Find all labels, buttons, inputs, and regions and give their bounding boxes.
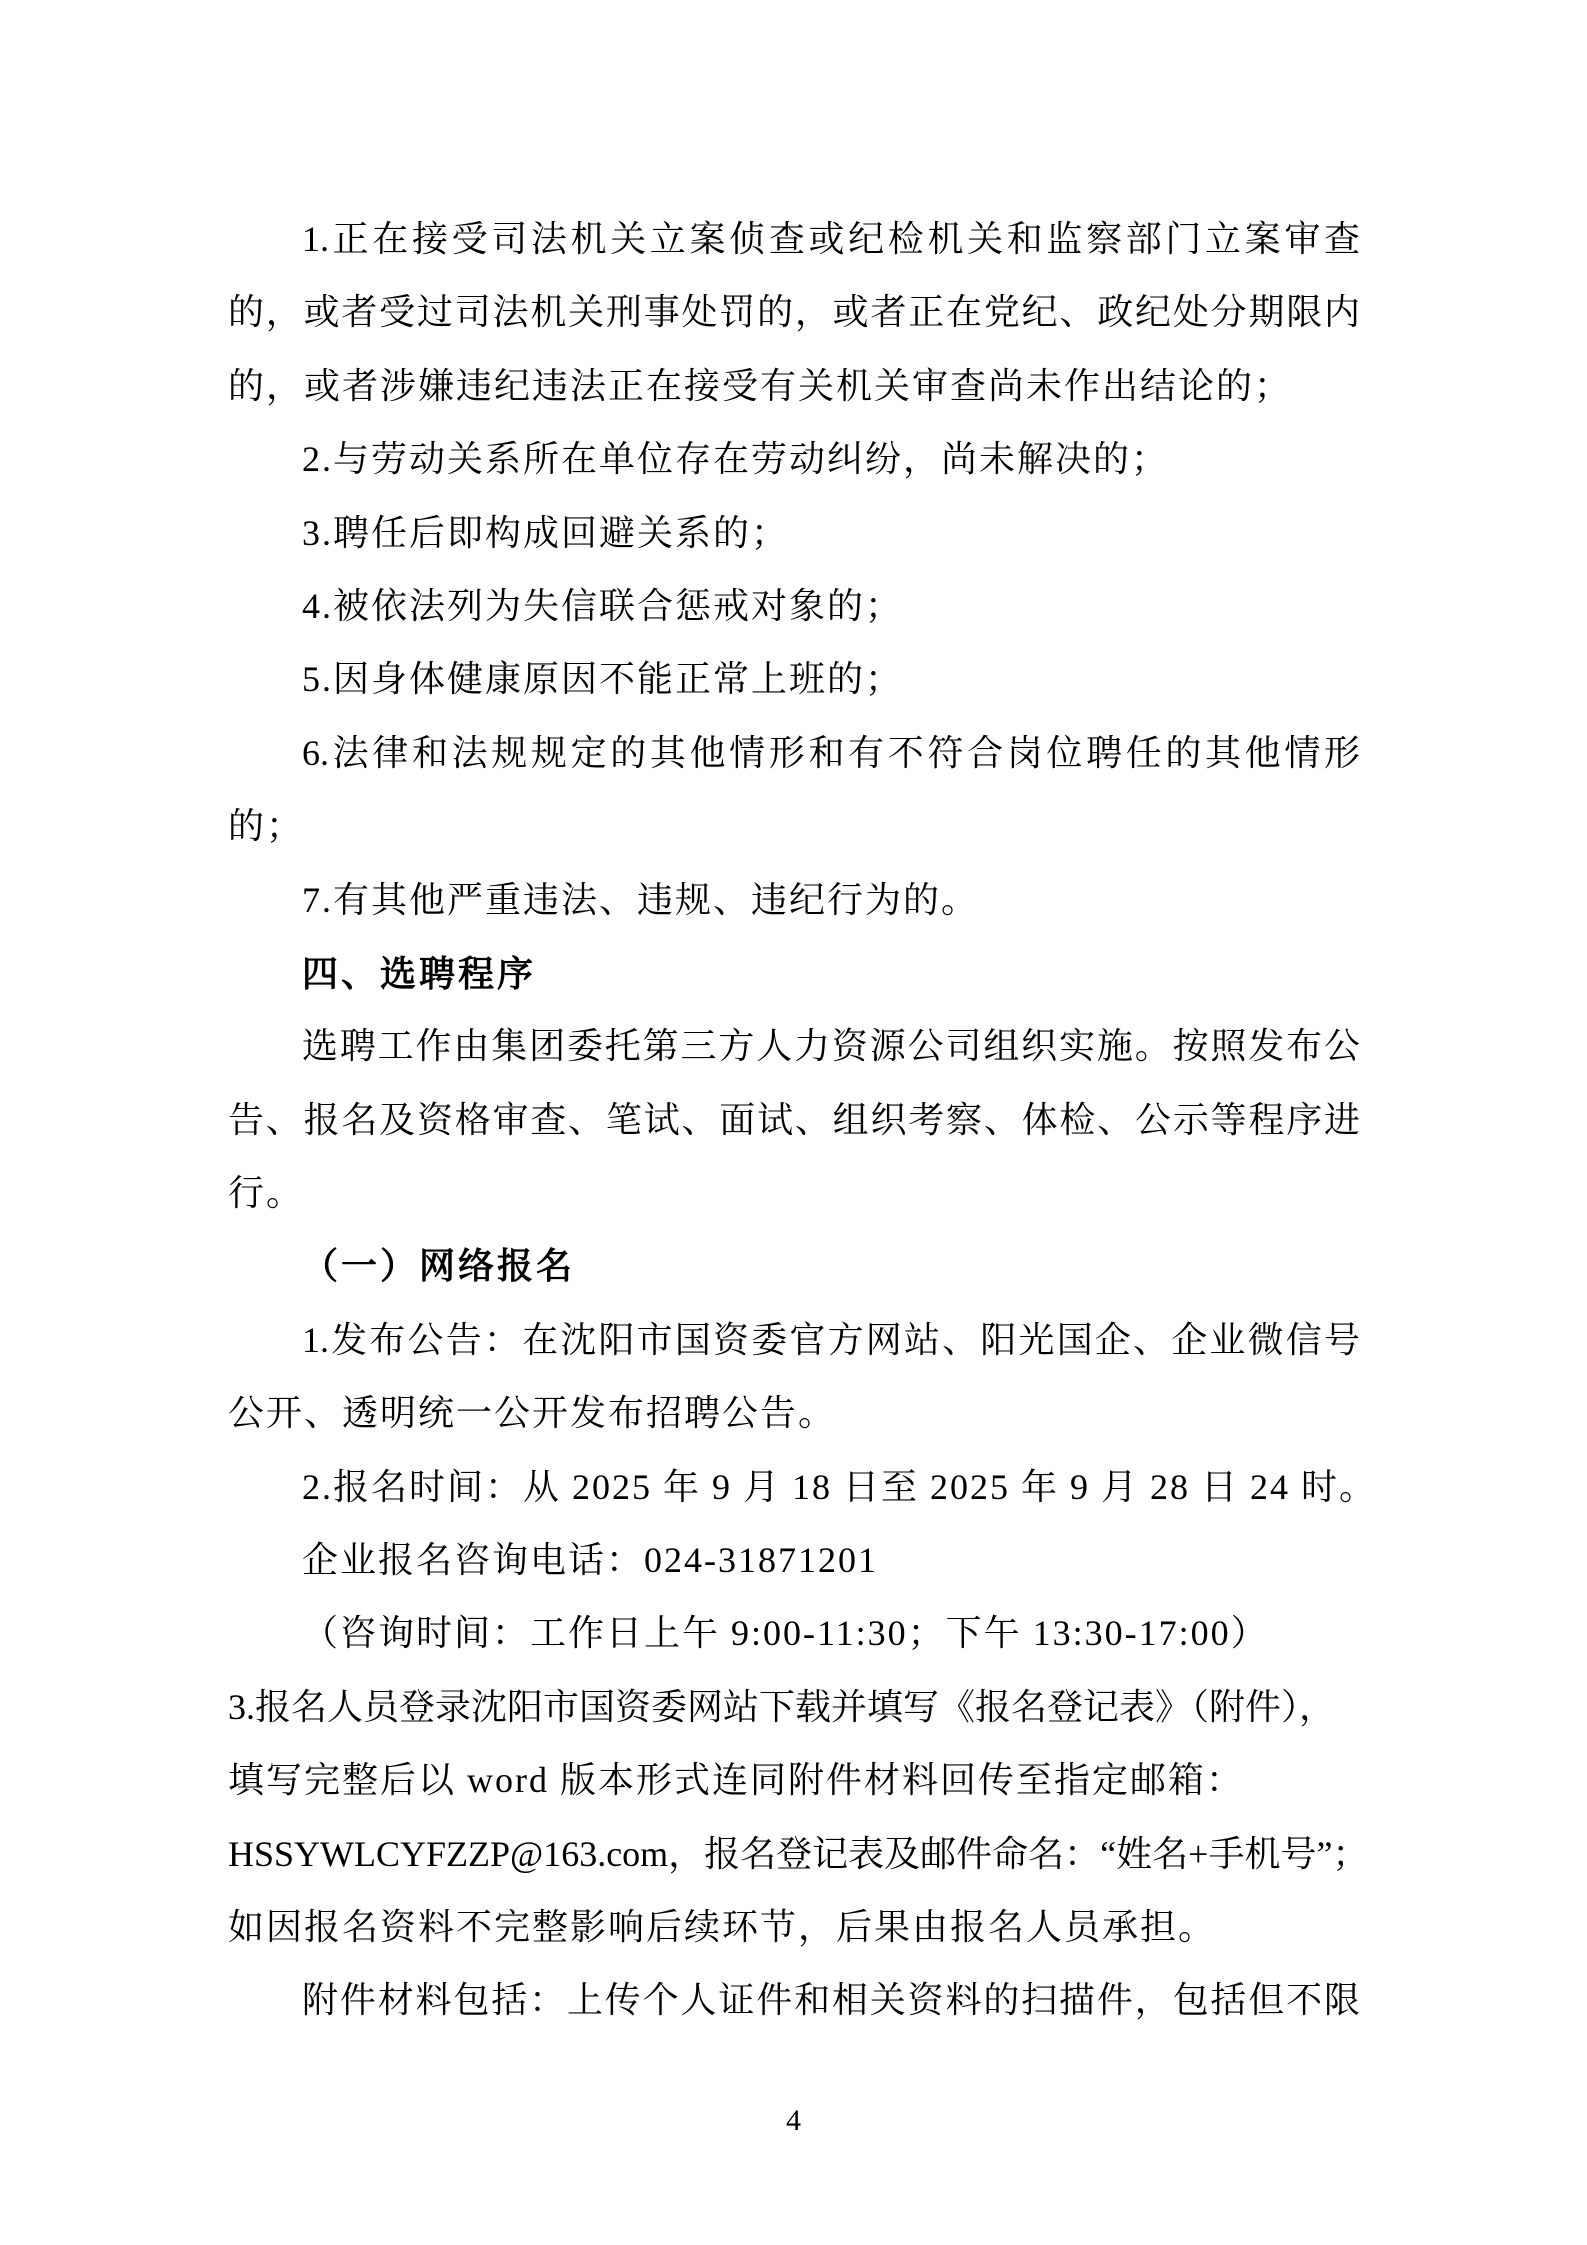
text-line: 填写完整后以 word 版本形式连同附件材料回传至指定邮箱： xyxy=(228,1744,1360,1817)
document-page: 1.正在接受司法机关立案侦查或纪检机关和监察部门立案审查 的，或者受过司法机关刑… xyxy=(0,0,1587,2245)
text-line: 3.聘任后即构成回避关系的； xyxy=(228,497,1360,570)
text-line-consult-hours: （咨询时间：工作日上午 9:00-11:30；下午 13:30-17:00） xyxy=(228,1597,1360,1670)
text-line: 附件材料包括：上传个人证件和相关资料的扫描件，包括但不限 xyxy=(228,1964,1360,2037)
text-line: 5.因身体健康原因不能正常上班的； xyxy=(228,643,1360,716)
text-line: 如因报名资料不完整影响后续环节，后果由报名人员承担。 xyxy=(228,1891,1360,1964)
text-line: 4.被依法列为失信联合惩戒对象的； xyxy=(228,570,1360,643)
text-line: 告、报名及资格审查、笔试、面试、组织考察、体检、公示等程序进 xyxy=(228,1084,1360,1157)
heading-subsection-one: （一）网络报名 xyxy=(228,1230,1360,1303)
text-line: 的； xyxy=(228,790,1360,863)
text-line: 2.与劳动关系所在单位存在劳动纠纷，尚未解决的； xyxy=(228,423,1360,496)
text-line: 1.发布公告：在沈阳市国资委官方网站、阳光国企、企业微信号 xyxy=(228,1304,1360,1377)
text-line-registration-time: 2.报名时间：从 2025 年 9 月 18 日至 2025 年 9 月 28 … xyxy=(228,1451,1360,1524)
text-line: 3.报名人员登录沈阳市国资委网站下载并填写《报名登记表》（附件）， xyxy=(228,1671,1360,1744)
text-line-phone: 企业报名咨询电话：024-31871201 xyxy=(228,1524,1360,1597)
text-line-email: HSSYWLCYFZZP@163.com，报名登记表及邮件命名：“姓名+手机号”… xyxy=(228,1818,1360,1891)
text-line: 的，或者受过司法机关刑事处罚的，或者正在党纪、政纪处分期限内 xyxy=(228,276,1360,349)
document-body: 1.正在接受司法机关立案侦查或纪检机关和监察部门立案审查 的，或者受过司法机关刑… xyxy=(228,203,1360,2038)
text-line: 1.正在接受司法机关立案侦查或纪检机关和监察部门立案审查 xyxy=(228,203,1360,276)
page-number: 4 xyxy=(0,2103,1587,2139)
text-line: 行。 xyxy=(228,1157,1360,1230)
text-line: 选聘工作由集团委托第三方人力资源公司组织实施。按照发布公 xyxy=(228,1010,1360,1083)
text-line: 6.法律和法规规定的其他情形和有不符合岗位聘任的其他情形 xyxy=(228,717,1360,790)
text-line: 的，或者涉嫌违纪违法正在接受有关机关审查尚未作出结论的； xyxy=(228,350,1360,423)
text-line: 7.有其他严重违法、违规、违纪行为的。 xyxy=(228,864,1360,937)
heading-section-four: 四、选聘程序 xyxy=(228,937,1360,1010)
text-line: 公开、透明统一公开发布招聘公告。 xyxy=(228,1377,1360,1450)
